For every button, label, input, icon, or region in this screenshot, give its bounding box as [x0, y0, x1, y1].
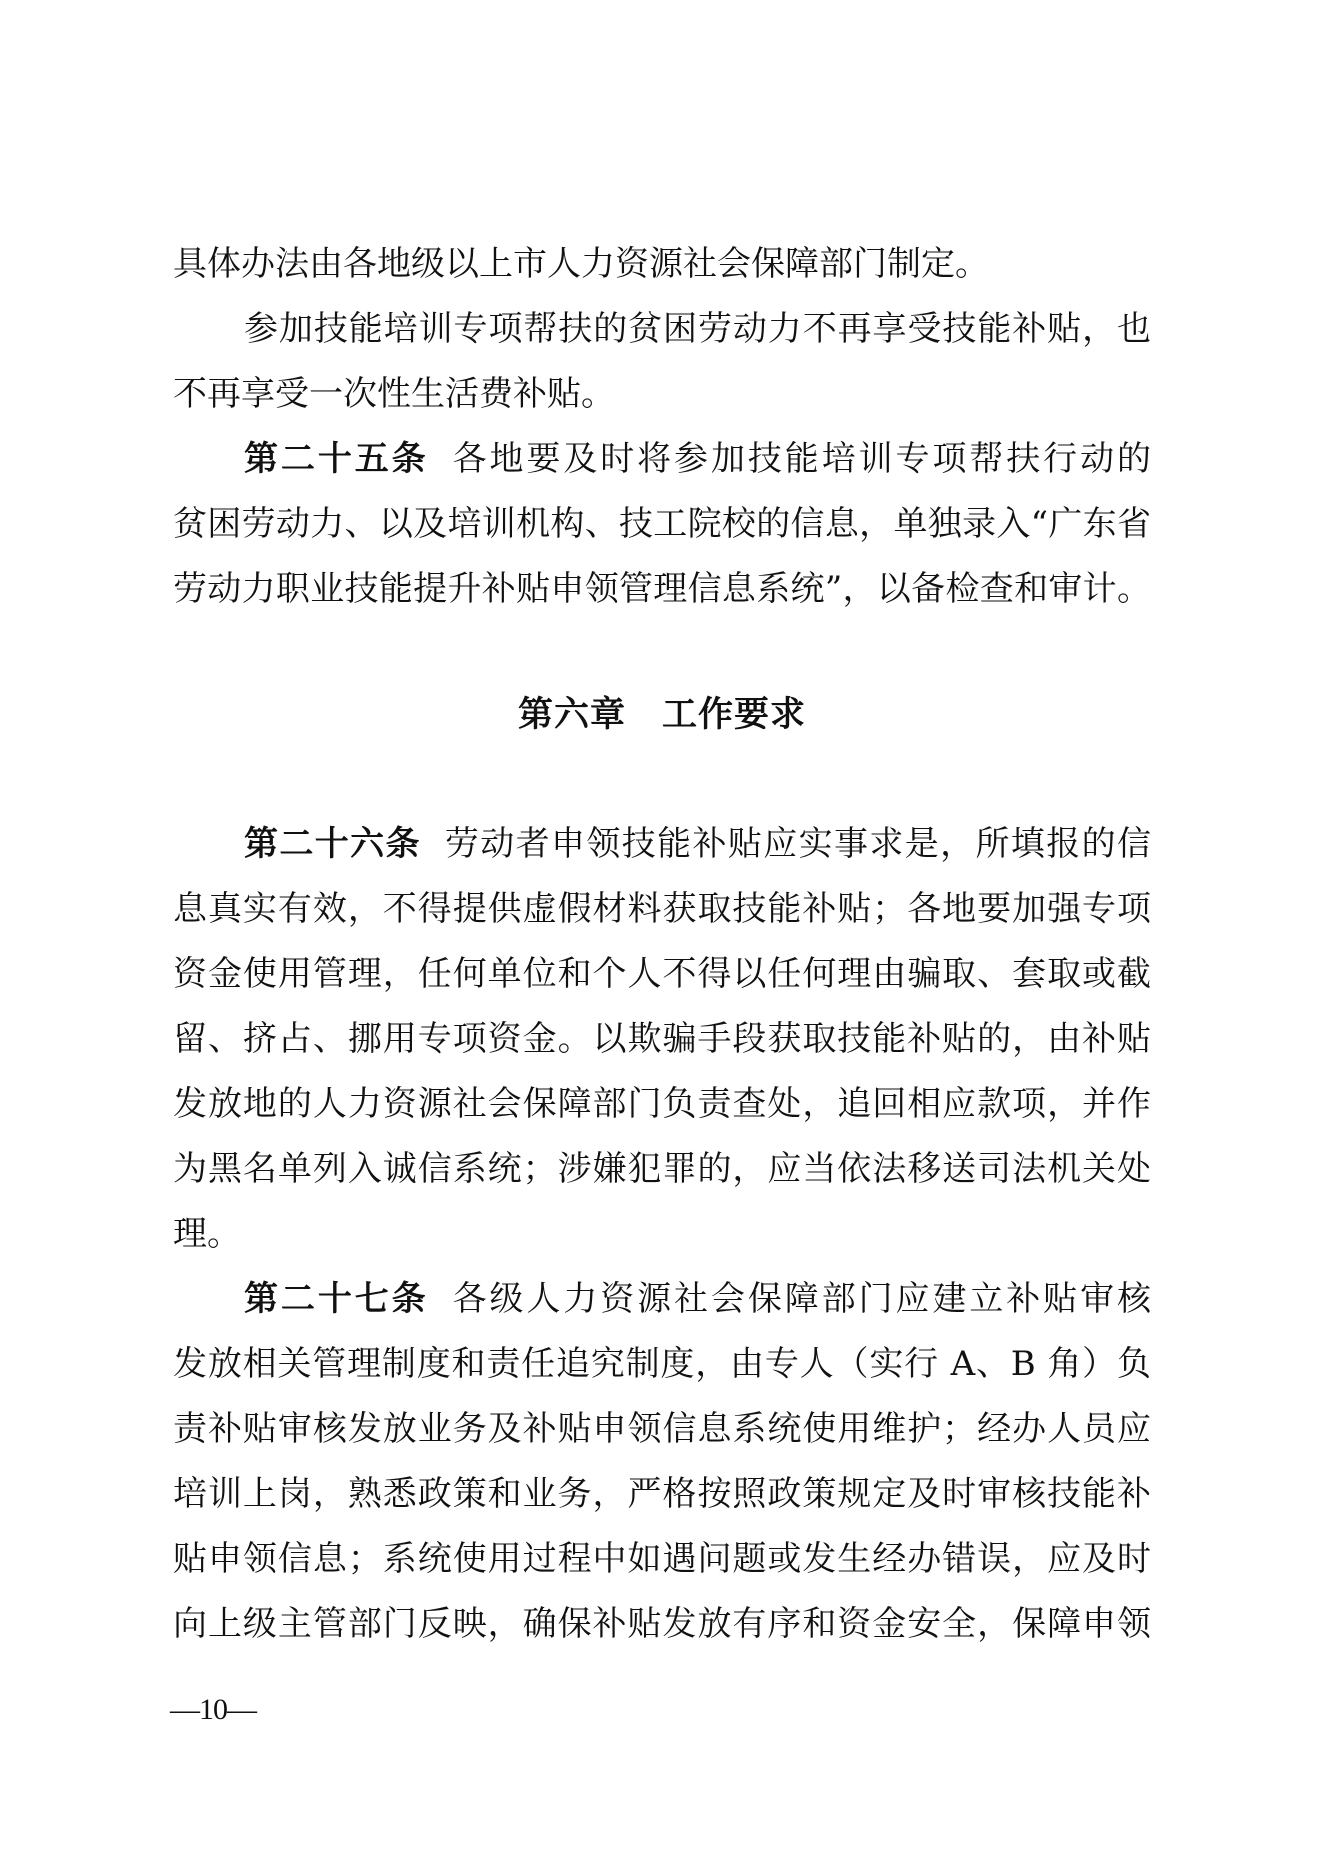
article-label: 第二十七条	[244, 1279, 429, 1319]
text-line: 发放地的人力资源社会保障部门负责查处，追回相应款项，并作	[173, 1072, 1151, 1137]
article-label: 第二十五条	[244, 439, 429, 479]
text-line: 培训上岗，熟悉政策和业务，严格按照政策规定及时审核技能补	[173, 1462, 1151, 1527]
chapter-heading: 第六章工作要求	[173, 683, 1151, 748]
article-text: 劳动者申领技能补贴应实事求是，所填报的信	[445, 824, 1151, 864]
article-text: 各级人力资源社会保障部门应建立补贴审核	[453, 1279, 1151, 1319]
text-line: 参加技能培训专项帮扶的贫困劳动力不再享受技能补贴，也	[173, 297, 1151, 362]
text-line: 发放相关管理制度和责任追究制度，由专人（实行 A、B 角）负	[173, 1332, 1151, 1397]
article-27: 第二十七条各级人力资源社会保障部门应建立补贴审核 发放相关管理制度和责任追究制度…	[173, 1267, 1151, 1657]
text-line: 不再享受一次性生活费补贴。	[173, 362, 1151, 427]
page-number: —10—	[170, 1692, 256, 1728]
article-first-line: 第二十六条劳动者申领技能补贴应实事求是，所填报的信	[173, 812, 1151, 877]
text-line: 贫困劳动力、以及培训机构、技工院校的信息，单独录入“广东省	[173, 492, 1151, 557]
text-line: 资金使用管理，任何单位和个人不得以任何理由骗取、套取或截	[173, 942, 1151, 1007]
continuation-paragraphs: 具体办法由各地级以上市人力资源社会保障部门制定。 参加技能培训专项帮扶的贫困劳动…	[173, 232, 1151, 427]
article-first-line: 第二十七条各级人力资源社会保障部门应建立补贴审核	[173, 1267, 1151, 1332]
text-line: 理。	[173, 1202, 1151, 1267]
article-text: 各地要及时将参加技能培训专项帮扶行动的	[453, 439, 1151, 479]
article-label: 第二十六条	[244, 824, 421, 864]
document-page: 具体办法由各地级以上市人力资源社会保障部门制定。 参加技能培训专项帮扶的贫困劳动…	[0, 0, 1323, 1872]
text-line: 为黑名单列入诚信系统；涉嫌犯罪的，应当依法移送司法机关处	[173, 1137, 1151, 1202]
text-line: 留、挤占、挪用专项资金。以欺骗手段获取技能补贴的，由补贴	[173, 1007, 1151, 1072]
text-line: 向上级主管部门反映，确保补贴发放有序和资金安全，保障申领	[173, 1592, 1151, 1657]
text-line: 具体办法由各地级以上市人力资源社会保障部门制定。	[173, 232, 1151, 297]
text-line: 息真实有效，不得提供虚假材料获取技能补贴；各地要加强专项	[173, 877, 1151, 942]
text-line: 贴申领信息；系统使用过程中如遇问题或发生经办错误，应及时	[173, 1527, 1151, 1592]
article-first-line: 第二十五条各地要及时将参加技能培训专项帮扶行动的	[173, 427, 1151, 492]
chapter-title: 工作要求	[662, 695, 806, 735]
text-line: 劳动力职业技能提升补贴申领管理信息系统”，以备检查和审计。	[173, 557, 1151, 622]
text-line: 责补贴审核发放业务及补贴申领信息系统使用维护；经办人员应	[173, 1397, 1151, 1462]
chapter-number: 第六章	[518, 695, 626, 735]
article-26: 第二十六条劳动者申领技能补贴应实事求是，所填报的信 息真实有效，不得提供虚假材料…	[173, 812, 1151, 1267]
article-25: 第二十五条各地要及时将参加技能培训专项帮扶行动的 贫困劳动力、以及培训机构、技工…	[173, 427, 1151, 622]
